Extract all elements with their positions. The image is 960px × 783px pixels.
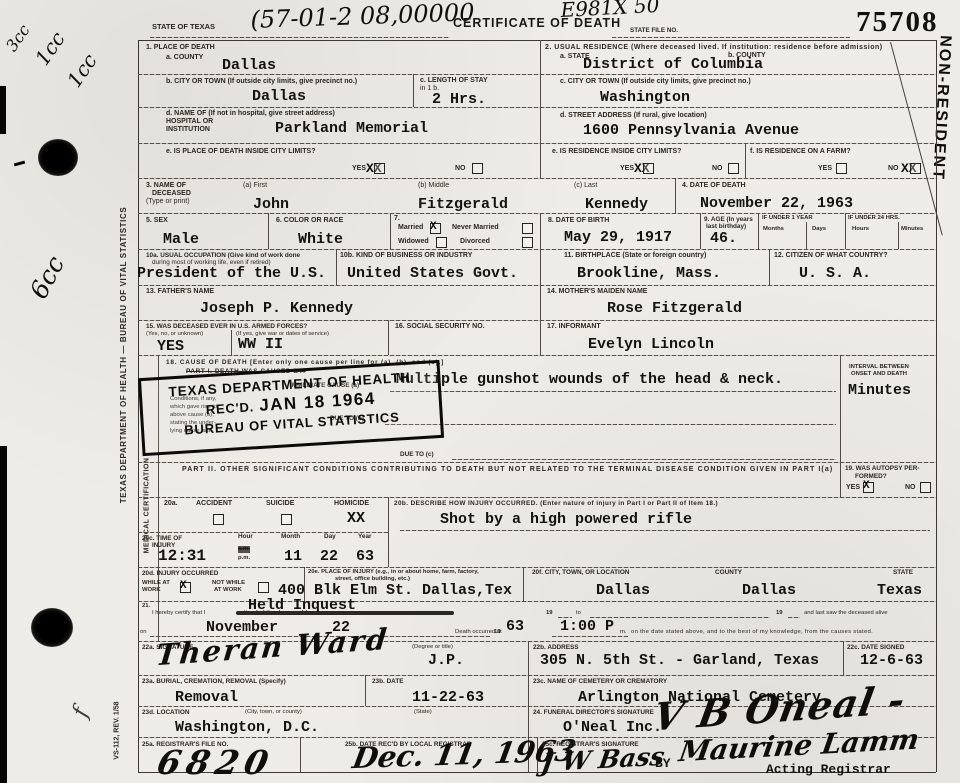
injury-city-label: 20f. CITY, TOWN, OR LOCATION bbox=[532, 569, 629, 576]
divider bbox=[231, 330, 232, 355]
cause-of-death-value: Multiple gunshot wounds of the head & ne… bbox=[396, 372, 783, 387]
divider bbox=[138, 107, 936, 108]
city-label: b. CITY OR TOWN (If outside city limits,… bbox=[166, 78, 357, 86]
divider bbox=[138, 178, 936, 179]
birthplace-value: Brookline, Mass. bbox=[577, 266, 721, 281]
month-value: 11 bbox=[284, 549, 302, 564]
hospital-value: Parkland Memorial bbox=[275, 121, 428, 136]
autopsy-label1: 19. WAS AUTOPSY PER- bbox=[845, 465, 919, 472]
punch-hole-top bbox=[38, 139, 78, 176]
degree-title-value: J.P. bbox=[428, 653, 464, 668]
color-race-value: White bbox=[298, 232, 343, 247]
hospital-label: d. NAME OF (If not in hospital, give str… bbox=[166, 110, 335, 118]
residence-state-value: District of Columbia bbox=[583, 57, 763, 72]
divider bbox=[150, 37, 450, 38]
day-value: 22 bbox=[320, 549, 338, 564]
marital-married-mark: X bbox=[430, 222, 437, 233]
divider bbox=[138, 74, 936, 75]
due-to-c-label: DUE TO (c) bbox=[400, 451, 434, 458]
residence-city-limits-label: e. IS RESIDENCE INSIDE CITY LIMITS? bbox=[552, 148, 681, 156]
residence-city-value: Washington bbox=[600, 90, 690, 105]
autopsy-no: NO bbox=[905, 484, 916, 492]
informant-label: 17. INFORMANT bbox=[547, 323, 601, 331]
divider bbox=[769, 249, 770, 285]
describe-injury-value: Shot by a high powered rifle bbox=[440, 512, 692, 527]
length-of-stay-label: c. LENGTH OF STAY bbox=[420, 77, 488, 85]
margin-scribble-bottom: f bbox=[68, 704, 94, 720]
not-while-at-work-label1: NOT WHILE bbox=[212, 580, 245, 587]
divider bbox=[612, 37, 850, 38]
state-file-no-label: STATE FILE NO. bbox=[630, 27, 678, 34]
marital-never-checkbox bbox=[522, 223, 533, 234]
county-label: a. COUNTY bbox=[166, 54, 203, 62]
days-label: Days bbox=[812, 226, 826, 233]
divider bbox=[843, 641, 844, 675]
certify-text: I hereby certify that I bbox=[152, 610, 205, 617]
certifier-signature: Theran Ward bbox=[154, 622, 390, 673]
divider bbox=[138, 497, 936, 498]
divider bbox=[540, 40, 541, 178]
street-address-value: 1600 Pennsylvania Avenue bbox=[583, 123, 799, 138]
interval-value: Minutes bbox=[848, 383, 911, 398]
day-label: Day bbox=[324, 533, 336, 540]
divider bbox=[806, 222, 807, 249]
divider bbox=[845, 213, 846, 249]
divider bbox=[540, 213, 541, 355]
residence-farm-label: f. IS RESIDENCE ON A FARM? bbox=[750, 148, 851, 156]
divider bbox=[840, 355, 841, 497]
cemetery-location-sub1: (City, town, or county) bbox=[245, 709, 302, 716]
armed-forces-label: 15. WAS DECEASED EVER IN U.S. ARMED FORC… bbox=[146, 323, 307, 330]
if-under-1-year-label: IF UNDER 1 YEAR bbox=[762, 215, 813, 222]
armed-forces-value: YES bbox=[157, 339, 184, 354]
injury-occurred-label: 20d. INJURY OCCURRED bbox=[142, 570, 218, 577]
autopsy-yes-mark: X bbox=[863, 481, 870, 492]
residence-farm-no: NO bbox=[888, 165, 899, 173]
handwritten-file-code: E981X 50 bbox=[560, 0, 660, 22]
not-while-at-work-label2: AT WORK bbox=[214, 587, 242, 594]
part2-label: PART II. OTHER SIGNIFICANT CONDITIONS CO… bbox=[182, 466, 833, 474]
residence-city-limits-no: NO bbox=[712, 165, 723, 173]
death-city-limits-yes: YES bbox=[352, 165, 366, 173]
cert-tail-text: on the date stated above, and to the bes… bbox=[631, 629, 873, 636]
injury-state-value: Texas bbox=[877, 583, 922, 598]
length-of-stay-value: 2 Hrs. bbox=[432, 92, 486, 107]
death-occurred-label: Death occurred at bbox=[455, 629, 502, 636]
residence-city-limits-yes: YES bbox=[620, 165, 634, 173]
father-name-value: Joseph P. Kennedy bbox=[200, 301, 353, 316]
writing-line-cause-a bbox=[390, 391, 836, 392]
place-of-injury-label1: 20e. PLACE OF INJURY (e.g., in or about … bbox=[308, 569, 479, 576]
burial-date-label: 23b. DATE bbox=[372, 678, 404, 685]
death-city-limits-no-checkbox bbox=[472, 163, 483, 174]
state-of-texas-label: STATE OF TEXAS bbox=[152, 23, 215, 32]
while-at-work-label1: WHILE AT bbox=[142, 580, 170, 587]
accident-label: ACCIDENT bbox=[196, 500, 232, 508]
marital-label: 7. bbox=[394, 215, 400, 223]
business-value: United States Govt. bbox=[347, 266, 518, 281]
describe-injury-label: 20b. DESCRIBE HOW INJURY OCCURRED. (Ente… bbox=[394, 500, 718, 507]
degree-title-label: (Degree or title) bbox=[412, 644, 453, 651]
certification-number-label: 21. bbox=[142, 603, 150, 610]
injury-county-value: Dallas bbox=[742, 583, 796, 598]
date-of-death-value: November 22, 1963 bbox=[700, 196, 853, 211]
divider bbox=[300, 737, 301, 772]
held-inquest-value: Held Inquest bbox=[248, 598, 356, 613]
divider bbox=[138, 532, 388, 533]
while-at-work-mark: X bbox=[180, 581, 187, 592]
margin-scribble-6cc: 6cc bbox=[24, 251, 70, 303]
writing-line-due-c bbox=[452, 459, 836, 460]
citizen-value: U. S. A. bbox=[799, 266, 871, 281]
sex-label: 5. SEX bbox=[146, 217, 168, 225]
divider bbox=[700, 213, 701, 249]
cert-to: to bbox=[576, 610, 581, 617]
writing-line-injury bbox=[400, 530, 930, 531]
death-time-m: m. bbox=[620, 629, 627, 636]
mother-name-label: 14. MOTHER'S MAIDEN NAME bbox=[547, 288, 647, 296]
punch-hole-bottom bbox=[31, 608, 73, 647]
age-value: 46. bbox=[710, 231, 737, 246]
minutes-label: Minutes bbox=[901, 226, 923, 233]
citizen-label: 12. CITIZEN OF WHAT COUNTRY? bbox=[774, 252, 888, 260]
mother-name-value: Rose Fitzgerald bbox=[607, 301, 742, 316]
registrar-by-label: BY bbox=[655, 757, 671, 770]
cemetery-location-label: 23d. LOCATION bbox=[142, 709, 189, 716]
margin-scribble-1cc-b: 1cc bbox=[62, 49, 102, 92]
divider bbox=[390, 213, 391, 249]
death-city-limits-no: NO bbox=[455, 165, 466, 173]
non-resident-stamp: NON-RESIDENT bbox=[929, 28, 953, 189]
divider bbox=[138, 355, 936, 356]
divider bbox=[365, 675, 366, 706]
armed-forces-war-value: WW II bbox=[238, 337, 283, 352]
interval-label2: ONSET AND DEATH bbox=[851, 371, 907, 378]
death-certificate-scan: 3cc 1cc 1cc 6cc f TEXAS DEPARTMENT OF HE… bbox=[0, 0, 960, 783]
divider bbox=[138, 567, 936, 568]
am-label: a.m. bbox=[238, 546, 250, 553]
hours-label: Hours bbox=[852, 226, 869, 233]
divider bbox=[758, 213, 759, 249]
usual-residence-label: 2. USUAL RESIDENCE (Where deceased lived… bbox=[545, 44, 883, 52]
cert-alive-text: and last saw the deceased alive bbox=[804, 610, 888, 617]
suicide-checkbox bbox=[281, 514, 292, 525]
pen-tick bbox=[14, 161, 25, 167]
date-of-birth-value: May 29, 1917 bbox=[564, 230, 672, 245]
marital-never-label: Never Married bbox=[452, 224, 499, 232]
divider bbox=[138, 213, 936, 214]
divider bbox=[675, 178, 676, 213]
margin-scribble-3cc: 3cc bbox=[2, 21, 34, 55]
writing-line-cert5 bbox=[552, 636, 628, 637]
year-label: Year bbox=[358, 533, 372, 540]
injury-state-label: STATE bbox=[893, 569, 913, 576]
residence-city-limits-no-checkbox bbox=[728, 163, 739, 174]
death-time-value: 1:00 P bbox=[560, 619, 614, 634]
hospital-label2: HOSPITAL OR bbox=[166, 118, 213, 126]
funeral-director-label: 24. FUNERAL DIRECTOR'S SIGNATURE bbox=[533, 709, 654, 716]
margin-scribble-1cc-a: 1cc bbox=[30, 27, 70, 70]
accident-checkbox bbox=[213, 514, 224, 525]
certificate-number: 75708 bbox=[856, 8, 939, 37]
scan-edge-strip bbox=[0, 446, 7, 783]
middle-name-label: (b) Middle bbox=[418, 182, 449, 190]
left-margin-department-text: TEXAS DEPARTMENT OF HEALTH — BUREAU OF V… bbox=[120, 120, 128, 590]
sex-value: Male bbox=[163, 232, 199, 247]
cemetery-location-value: Washington, D.C. bbox=[175, 720, 319, 735]
business-label: 10b. KIND OF BUSINESS OR INDUSTRY bbox=[340, 252, 472, 260]
medical-certification-label: MEDICAL CERTIFICATION bbox=[144, 446, 151, 566]
divider bbox=[268, 213, 269, 249]
burial-label: 23a. BURIAL, CREMATION, REMOVAL (Specify… bbox=[142, 678, 286, 685]
divider bbox=[138, 40, 936, 41]
cemetery-label: 23c. NAME OF CEMETERY OR CREMATORY bbox=[533, 678, 667, 685]
marital-widowed-label: Widowed bbox=[398, 238, 429, 246]
divider bbox=[138, 675, 936, 676]
divider bbox=[388, 320, 389, 355]
received-stamp: TEXAS DEPARTMENT OF HEALTH REC'D. JAN 18… bbox=[138, 360, 444, 456]
manner-label: 20a. bbox=[164, 500, 178, 508]
month-label: Month bbox=[281, 533, 300, 540]
acting-registrar-title: Acting Registrar bbox=[766, 763, 891, 776]
handwritten-district-code: (57-01-2 08,00000 bbox=[250, 0, 475, 34]
cert-on: on bbox=[140, 629, 147, 636]
divider bbox=[138, 462, 936, 463]
divider bbox=[138, 285, 936, 286]
while-at-work-label2: WORK bbox=[142, 587, 161, 594]
interval-label1: INTERVAL BETWEEN bbox=[849, 364, 909, 371]
if-under-24-hrs-label: IF UNDER 24 HRS. bbox=[848, 215, 900, 222]
name-of-deceased-label2: DECEASED bbox=[152, 190, 191, 198]
cemetery-location-sub2: (State) bbox=[414, 709, 432, 716]
cert-year1: 19 bbox=[546, 610, 553, 617]
stamp-recd-label: REC'D. bbox=[205, 399, 254, 417]
autopsy-yes: YES bbox=[846, 484, 860, 492]
residence-city-limits-yes-checkbox bbox=[643, 163, 654, 174]
death-city-limits-yes-checkbox bbox=[374, 163, 385, 174]
writing-line-cert3 bbox=[788, 617, 800, 618]
county-value: Dallas bbox=[222, 58, 276, 73]
marital-divorced-label: Divorced bbox=[460, 238, 490, 246]
residence-farm-no-checkbox bbox=[910, 163, 921, 174]
homicide-mark: XX bbox=[347, 511, 365, 526]
death-city-limits-label: e. IS PLACE OF DEATH INSIDE CITY LIMITS? bbox=[166, 148, 315, 156]
hospital-label3: INSTITUTION bbox=[166, 126, 210, 134]
city-value: Dallas bbox=[252, 89, 306, 104]
marital-married-label: Married bbox=[398, 224, 423, 232]
date-of-birth-label: 8. DATE OF BIRTH bbox=[548, 217, 609, 225]
divider bbox=[413, 74, 414, 107]
form-code-label: VS-112, REV. 1/58 bbox=[114, 689, 121, 773]
marital-divorced-checkbox bbox=[522, 237, 533, 248]
scan-edge-mark bbox=[0, 86, 6, 134]
divider bbox=[336, 249, 337, 285]
injury-county-label: COUNTY bbox=[715, 569, 742, 576]
name-of-deceased-label1: 3. NAME OF bbox=[146, 182, 186, 190]
last-name-value: Kennedy bbox=[585, 197, 648, 212]
cert-year2: 19 bbox=[776, 610, 783, 617]
divider bbox=[936, 40, 937, 772]
street-address-label: d. STREET ADDRESS (If rural, give locati… bbox=[560, 112, 707, 120]
date-of-death-label: 4. DATE OF DEATH bbox=[682, 182, 746, 190]
first-name-value: John bbox=[253, 197, 289, 212]
burial-value: Removal bbox=[175, 690, 238, 705]
writing-line-due-b bbox=[385, 424, 836, 425]
name-of-deceased-label3: (Type or print) bbox=[146, 198, 190, 206]
certifier-address-value: 305 N. 5th St. - Garland, Texas bbox=[540, 653, 819, 668]
certifier-address-label: 22b. ADDRESS bbox=[533, 644, 579, 651]
divider bbox=[898, 222, 899, 249]
place-of-injury-value: 400 Blk Elm St. Dallas,Tex bbox=[278, 583, 512, 598]
cert-year3-value: 63 bbox=[506, 619, 524, 634]
autopsy-no-checkbox bbox=[920, 482, 931, 493]
pm-label: p.m. bbox=[238, 555, 250, 562]
hour-label: Hour bbox=[238, 533, 253, 540]
residence-city-label: c. CITY OR TOWN (If outside city limits,… bbox=[560, 78, 751, 86]
divider bbox=[138, 249, 936, 250]
burial-date-value: 11-22-63 bbox=[412, 690, 484, 705]
divider bbox=[523, 567, 524, 601]
residence-farm-yes-checkbox bbox=[836, 163, 847, 174]
father-name-label: 13. FATHER'S NAME bbox=[146, 288, 214, 296]
registrar-file-no-value: 6820 bbox=[154, 743, 278, 782]
last-name-label: (c) Last bbox=[574, 182, 597, 190]
informant-value: Evelyn Lincoln bbox=[588, 337, 714, 352]
date-signed-label: 22c. DATE SIGNED bbox=[847, 644, 904, 651]
color-race-label: 6. COLOR OR RACE bbox=[276, 217, 343, 225]
homicide-label: HOMICIDE bbox=[334, 500, 369, 508]
time-of-injury-value: 12:31 bbox=[158, 548, 206, 564]
writing-line-cert2 bbox=[590, 617, 770, 618]
middle-name-value: Fitzgerald bbox=[418, 197, 508, 212]
months-label: Months bbox=[763, 226, 784, 233]
marital-widowed-checkbox bbox=[436, 237, 447, 248]
ssn-label: 16. SOCIAL SECURITY NO. bbox=[395, 323, 485, 331]
autopsy-label2: FORMED? bbox=[855, 473, 887, 480]
year-value: 63 bbox=[356, 549, 374, 564]
birthplace-label: 11. BIRTHPLACE (State or foreign country… bbox=[564, 252, 706, 260]
divider bbox=[138, 143, 936, 144]
residence-farm-yes: YES bbox=[818, 165, 832, 173]
armed-forces-sub1: (Yes, no, or unknown) bbox=[146, 331, 203, 338]
first-name-label: (a) First bbox=[243, 182, 267, 190]
divider bbox=[138, 320, 936, 321]
not-while-at-work-checkbox bbox=[258, 582, 269, 593]
divider bbox=[388, 497, 389, 567]
suicide-label: SUICIDE bbox=[266, 500, 294, 508]
date-signed-value: 12-6-63 bbox=[860, 653, 923, 668]
injury-city-value: Dallas bbox=[596, 583, 650, 598]
divider bbox=[745, 143, 746, 178]
place-of-death-label: 1. PLACE OF DEATH bbox=[146, 44, 215, 52]
occupation-value: President of the U.S. bbox=[137, 266, 326, 281]
